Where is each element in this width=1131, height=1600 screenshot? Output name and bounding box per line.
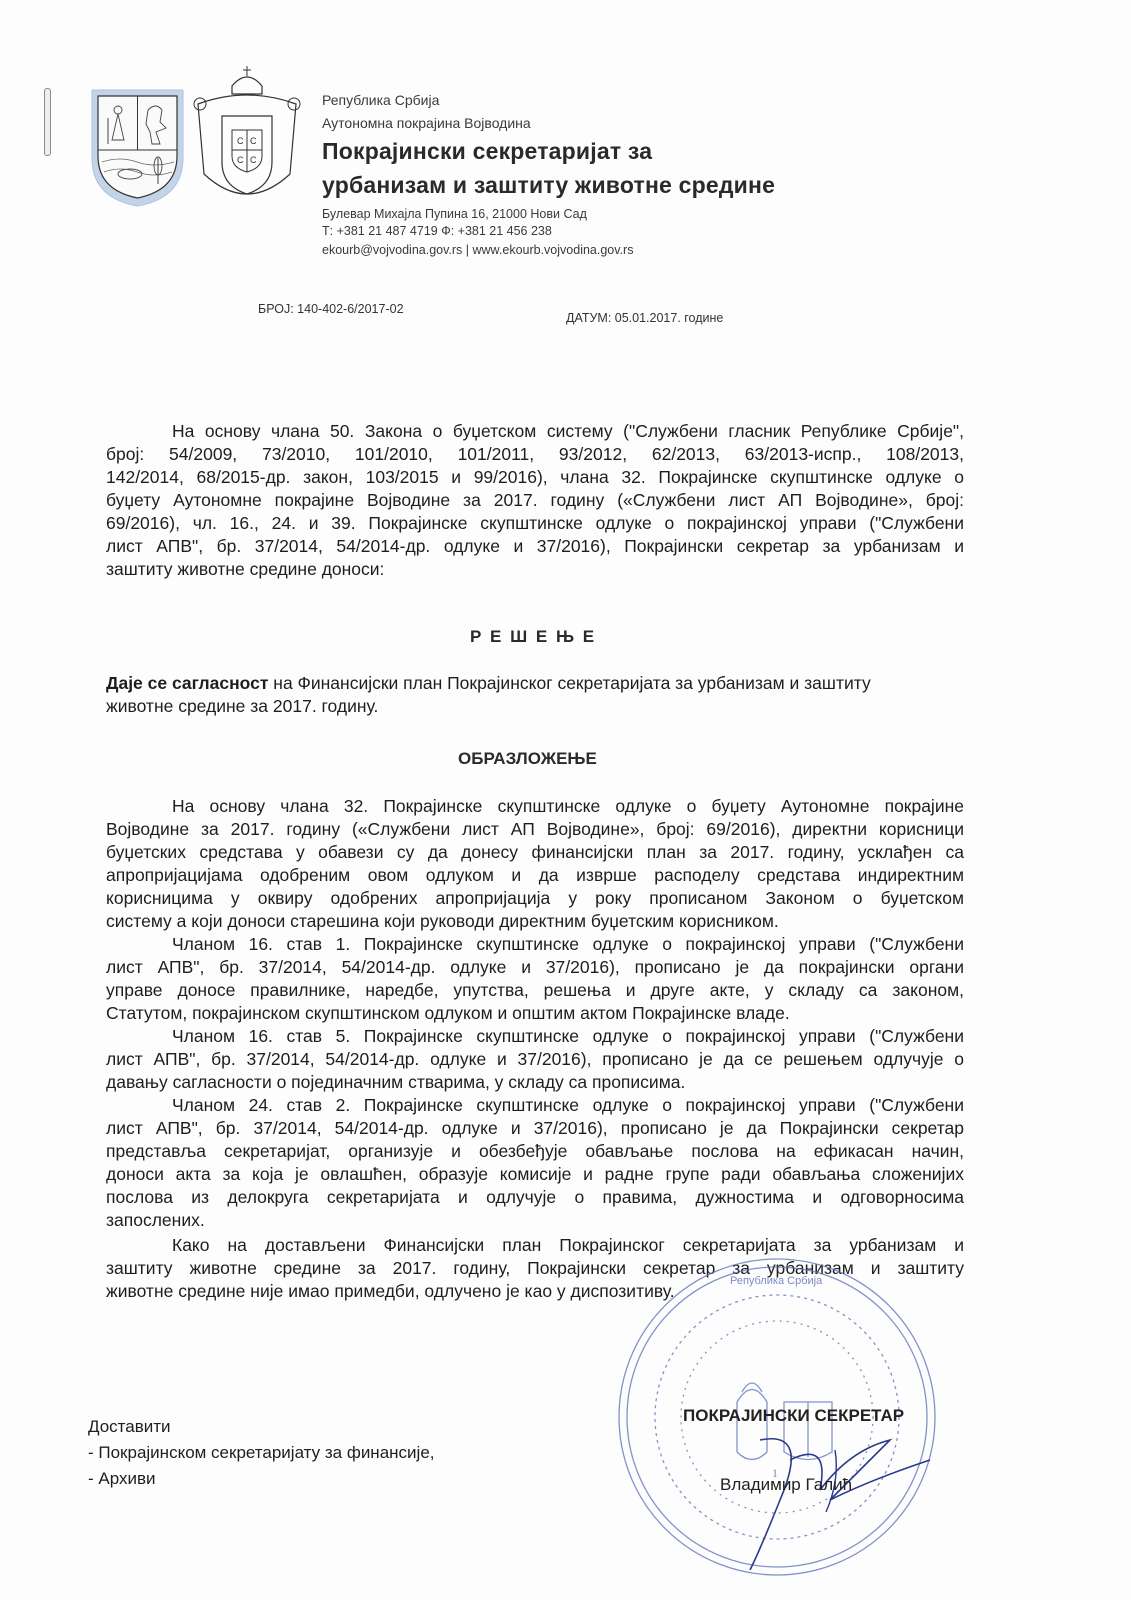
preamble-line: број: 54/2009, 73/2010, 101/2010, 101/20… xyxy=(106,443,964,465)
reasoning-line: доноси акта за која је овлашћен, образуј… xyxy=(106,1163,964,1185)
reasoning-line: Чланом 16. став 5. Покрајинске скупштинс… xyxy=(172,1025,964,1047)
delivery-item: - Покрајинском секретаријату за финансиј… xyxy=(88,1443,435,1463)
svg-text:C: C xyxy=(237,155,244,165)
letterhead-phone-fax: Т: +381 21 487 4719 Ф: +381 21 456 238 xyxy=(322,224,552,238)
preamble-line: На основу члана 50. Закона о буџетском с… xyxy=(172,420,964,442)
serbia-coat-of-arms-icon: C C C C xyxy=(188,64,306,214)
letterhead-province: Аутономна покрајина Војводина xyxy=(322,115,531,131)
reasoning-line: лист АПВ", бр. 37/2014, 54/2014-др. одлу… xyxy=(106,1048,964,1070)
svg-text:C: C xyxy=(250,136,257,146)
document-page: C C C C Република Србија Аутономна покра… xyxy=(0,0,1131,1600)
staple-mark xyxy=(44,88,51,156)
reasoning-line: корисницима у оквиру одобрених апроприја… xyxy=(106,887,964,909)
preamble-line: лист АПВ", бр. 37/2014, 54/2014-др. одлу… xyxy=(106,535,964,557)
decision-line-1-rest: на Финансијски план Покрајинског секрета… xyxy=(268,673,870,693)
reasoning-line: запослених. xyxy=(106,1209,964,1231)
letterhead-org-line1: Покрајински секретаријат за xyxy=(322,138,652,165)
preamble-line: 142/2014, 68/2015-др. закон, 103/2015 и … xyxy=(106,466,964,488)
reasoning-line: Војводине за 2017. годину («Службени лис… xyxy=(106,818,964,840)
decision-bold-lead: Даје се сагласност xyxy=(106,673,268,693)
letterhead-org-line2: урбанизам и заштиту животне средине xyxy=(322,172,775,199)
reasoning-line: давању сагласности о појединачним ствари… xyxy=(106,1071,964,1093)
preamble-line: 69/2016), чл. 16., 24. и 39. Покрајинске… xyxy=(106,512,964,534)
reasoning-line: апропријацијама одобреним овом одлуком и… xyxy=(106,864,964,886)
reasoning-line: представља секретаријат, организује и об… xyxy=(106,1140,964,1162)
reasoning-line: Чланом 16. став 1. Покрајинске скупштинс… xyxy=(172,933,964,955)
signatory-name: Владимир Галић xyxy=(720,1475,852,1495)
delivery-item: - Архиви xyxy=(88,1469,156,1489)
reasoning-line: послова из делокруга секретаријата и одл… xyxy=(106,1186,964,1208)
svg-text:C: C xyxy=(237,136,244,146)
vojvodina-coat-of-arms-icon xyxy=(90,88,185,208)
delivery-heading: Доставити xyxy=(88,1417,171,1437)
preamble-line: буџету Аутономне покрајине Војводине за … xyxy=(106,489,964,511)
svg-text:C: C xyxy=(250,155,257,165)
reasoning-line: управе доносе правилнике, наредбе, упутс… xyxy=(106,979,964,1001)
preamble-line: заштиту животне средине доноси: xyxy=(106,558,964,580)
reasoning-line: лист АПВ", бр. 37/2014, 54/2014-др. одлу… xyxy=(106,956,964,978)
document-date: ДАТУМ: 05.01.2017. године xyxy=(566,311,723,325)
stamp-text: Република Србија xyxy=(730,1275,823,1287)
reasoning-line: систему а који доноси старешина који рук… xyxy=(106,910,964,932)
reasoning-line: лист АПВ", бр. 37/2014, 54/2014-др. одлу… xyxy=(106,1117,964,1139)
reasoning-line: На основу члана 32. Покрајинске скупштин… xyxy=(172,795,964,817)
letterhead-email-web: ekourb@vojvodina.gov.rs | www.ekourb.voj… xyxy=(322,243,633,257)
reasoning-line: буџетских средстава у обавези су да доне… xyxy=(106,841,964,863)
reasoning-line: Чланом 24. став 2. Покрајинске скупштинс… xyxy=(172,1094,964,1116)
reasoning-line: Статутом, покрајинском скупштинском одлу… xyxy=(106,1002,964,1024)
decision-line-1: Даје се сагласност на Финансијски план П… xyxy=(106,672,964,694)
letterhead-address: Булевар Михајла Пупина 16, 21000 Нови Са… xyxy=(322,207,587,221)
document-number: БРОЈ: 140-402-6/2017-02 xyxy=(258,302,404,316)
decision-line-2: животне средине за 2017. годину. xyxy=(106,695,964,717)
reasoning-heading: ОБРАЗЛОЖЕЊЕ xyxy=(458,749,597,769)
decision-heading: Р Е Ш Е Њ Е xyxy=(470,627,596,647)
letterhead-country: Република Србија xyxy=(322,92,439,108)
handwritten-signature-icon xyxy=(740,1420,940,1570)
